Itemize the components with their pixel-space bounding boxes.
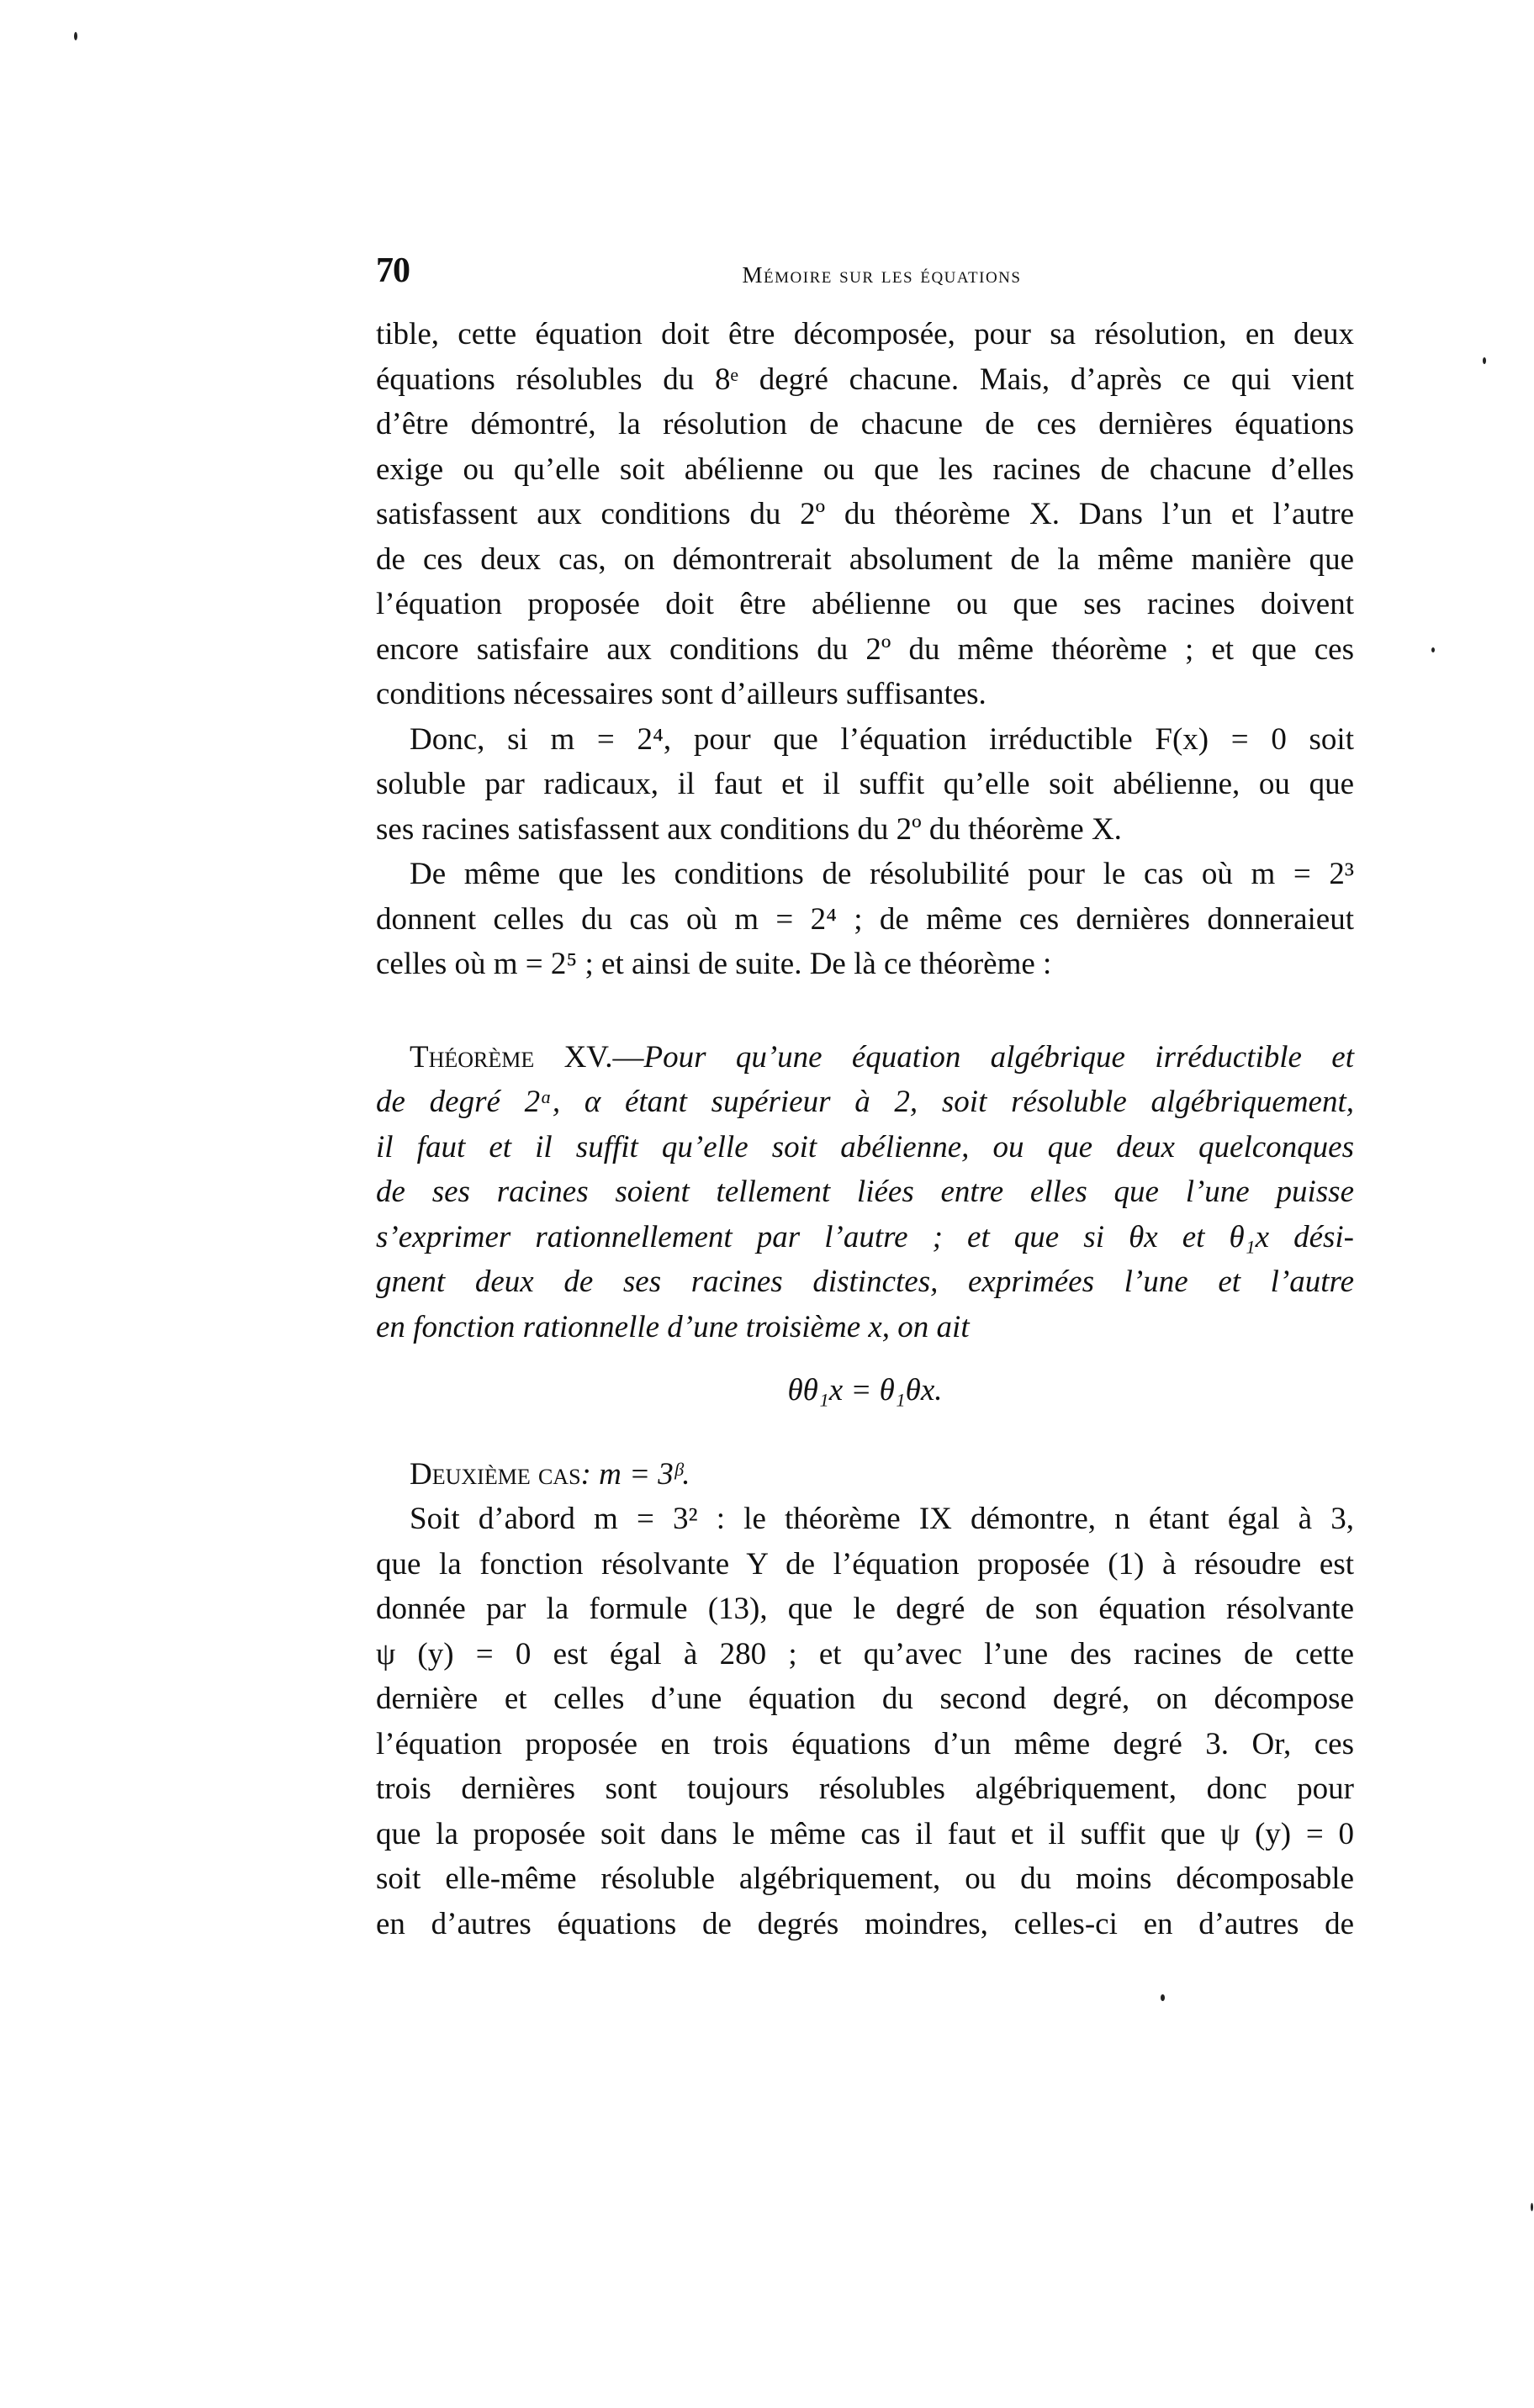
text-line: satisfassent aux conditions du 2º du thé… (376, 492, 1354, 537)
text-line: exige ou qu’elle soit abélienne ou que l… (376, 447, 1354, 493)
case-label: Deuxième cas (410, 1457, 581, 1492)
text-line: que la proposée soit dans le même cas il… (376, 1812, 1354, 1857)
text-line: ψ (y) = 0 est égal à 280 ; et qu’avec l’… (376, 1632, 1354, 1677)
text-line: encore satisfaire aux conditions du 2º d… (376, 627, 1354, 673)
theorem-line: il faut et il suffit qu’elle soit abélie… (376, 1125, 1354, 1170)
paragraph-donc: Donc, si m = 2⁴, pour que l’équation irr… (376, 717, 1354, 853)
paragraph-soit-dabord: Soit d’abord m = 3² : le théorème IX dém… (376, 1497, 1354, 1946)
scan-speck (1161, 1994, 1165, 2001)
running-title: Mémoire sur les équations (376, 262, 1354, 288)
paragraph-continuation: tible, cette équation doit être décompos… (376, 312, 1354, 717)
scanned-page: 70 Mémoire sur les équations tible, cett… (0, 0, 1534, 2408)
theorem-line: gnent deux de ses racines distinctes, ex… (376, 1259, 1354, 1305)
text-line: équations résolubles du 8ᵉ degré chacune… (376, 357, 1354, 403)
text-line: donnée par la formule (13), que le degré… (376, 1587, 1354, 1632)
text-line: soit elle-même résoluble algébriquement,… (376, 1856, 1354, 1902)
text-line: que la fonction résolvante Y de l’équati… (376, 1542, 1354, 1587)
page-body: tible, cette équation doit être décompos… (376, 312, 1354, 1946)
text-line: l’équation proposée en trois équations d… (376, 1722, 1354, 1767)
text-line: ses racines satisfassent aux conditions … (376, 807, 1354, 853)
text-line: en d’autres équations de degrés moindres… (376, 1902, 1354, 1947)
text-line: d’être démontré, la résolution de chacun… (376, 402, 1354, 447)
theorem-line: de ses racines soient tellement liées en… (376, 1170, 1354, 1215)
scan-speck (1531, 2203, 1533, 2211)
theorem-line: de degré 2ᵅ, α étant supérieur à 2, soit… (376, 1080, 1354, 1125)
text-line: de ces deux cas, on démontrerait absolum… (376, 537, 1354, 583)
text-line: soluble par radicaux, il faut et il suff… (376, 762, 1354, 807)
text-line: trois dernières sont toujours résolubles… (376, 1766, 1354, 1812)
theorem-text: Pour qu’une équation algébrique irréduct… (644, 1040, 1355, 1075)
text-line: celles où m = 2⁵ ; et ainsi de suite. De… (376, 942, 1354, 987)
text-line: De même que les conditions de résolubili… (376, 852, 1354, 897)
theorem-formula: θθ₁x = θ₁θx. (376, 1368, 1354, 1413)
case-formula: : m = 3ᵝ. (581, 1457, 690, 1492)
scan-speck (74, 32, 77, 40)
theorem-label: Théorème XV.— (410, 1040, 644, 1075)
spacer (376, 1413, 1354, 1452)
spacer (376, 987, 1354, 1035)
paragraph-de-meme: De même que les conditions de résolubili… (376, 852, 1354, 987)
text-line: donnent celles du cas où m = 2⁴ ; de mêm… (376, 897, 1354, 943)
theorem-line: en fonction rationnelle d’une troisième … (376, 1305, 1354, 1350)
text-line: Donc, si m = 2⁴, pour que l’équation irr… (376, 717, 1354, 763)
text-line: dernière et celles d’une équation du sec… (376, 1677, 1354, 1722)
page-header: 70 Mémoire sur les équations (376, 251, 1354, 293)
theorem-line: s’exprimer rationnellement par l’autre ;… (376, 1215, 1354, 1260)
scan-speck (1483, 357, 1486, 364)
text-line: Soit d’abord m = 3² : le théorème IX dém… (376, 1497, 1354, 1542)
text-line: conditions nécessaires sont d’ailleurs s… (376, 672, 1354, 717)
text-line: tible, cette équation doit être décompos… (376, 312, 1354, 357)
text-line: l’équation proposée doit être abélienne … (376, 582, 1354, 627)
theorem-first-line: Théorème XV.—Pour qu’une équation algébr… (376, 1035, 1354, 1080)
theorem-xv: Théorème XV.—Pour qu’une équation algébr… (376, 1035, 1354, 1413)
scan-speck (1431, 647, 1435, 652)
case-heading: Deuxième cas: m = 3ᵝ. (376, 1452, 1354, 1497)
